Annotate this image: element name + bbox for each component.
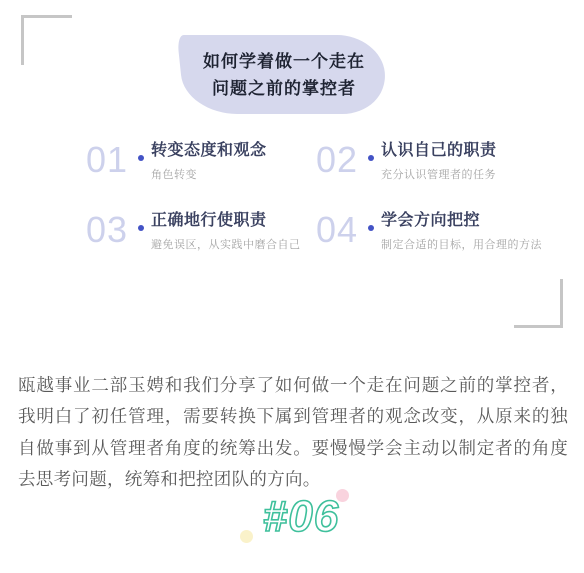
point-description: 制定合适的目标，用合理的方法 bbox=[381, 236, 542, 252]
page-title-line1: 如何学着做一个走在 bbox=[178, 48, 390, 75]
point-title: 转变态度和观念 bbox=[151, 142, 267, 160]
summary-paragraph: 瓯越事业二部玉娉和我们分享了如何做一个走在问题之前的掌控者，我明白了初任管理，需… bbox=[18, 370, 568, 496]
corner-bracket-right-icon bbox=[514, 279, 563, 328]
point-title: 学会方向把控 bbox=[381, 212, 542, 230]
issue-number: #06 bbox=[263, 492, 339, 542]
point-number: 04 bbox=[316, 210, 362, 250]
bullet-dot-icon bbox=[368, 155, 374, 161]
page-title-line2: 问题之前的掌控者 bbox=[178, 75, 390, 102]
point-number: 02 bbox=[316, 140, 362, 180]
point-title: 正确地行使职责 bbox=[151, 212, 301, 230]
infographic-page: 如何学着做一个走在 问题之前的掌控者 01 转变态度和观念 角色转变 02 认识… bbox=[0, 0, 584, 573]
point-description: 避免误区，从实践中磨合自己 bbox=[151, 236, 301, 252]
point-description: 角色转变 bbox=[151, 166, 267, 182]
page-title: 如何学着做一个走在 问题之前的掌控者 bbox=[178, 48, 390, 102]
corner-bracket-top-left-icon bbox=[21, 15, 72, 65]
point-title: 认识自己的职责 bbox=[381, 142, 497, 160]
point-number: 03 bbox=[86, 210, 132, 250]
bullet-dot-icon bbox=[138, 155, 144, 161]
point-number: 01 bbox=[86, 140, 132, 180]
point-item-03: 03 正确地行使职责 避免误区，从实践中磨合自己 bbox=[86, 210, 301, 252]
bullet-dot-icon bbox=[138, 225, 144, 231]
point-item-04: 04 学会方向把控 制定合适的目标，用合理的方法 bbox=[316, 210, 542, 252]
point-description: 充分认识管理者的任务 bbox=[381, 166, 497, 182]
point-item-02: 02 认识自己的职责 充分认识管理者的任务 bbox=[316, 140, 497, 182]
bullet-dot-icon bbox=[368, 225, 374, 231]
point-item-01: 01 转变态度和观念 角色转变 bbox=[86, 140, 267, 182]
issue-number-wrap: #06 bbox=[0, 492, 584, 542]
